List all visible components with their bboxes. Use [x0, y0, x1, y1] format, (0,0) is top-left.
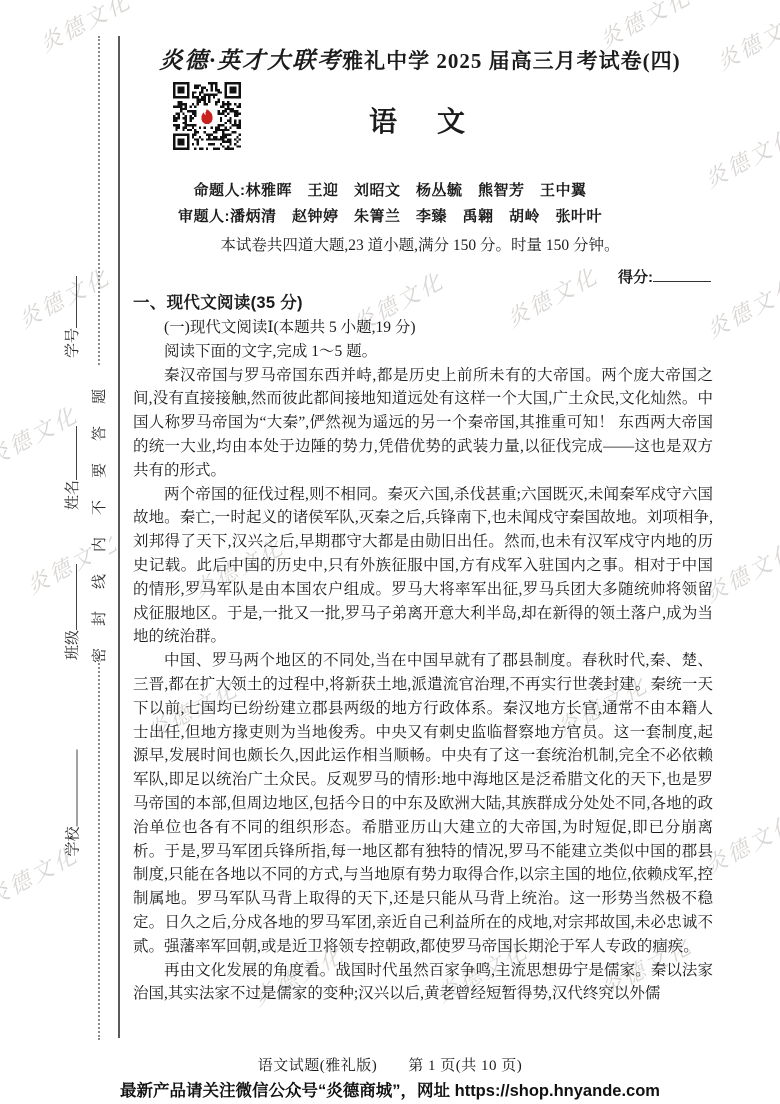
exam-brand: 炎德·英才大联考 [159, 48, 342, 73]
score-block: 得分: [618, 266, 711, 287]
exam-paper-page: { "header": { "title_series": "炎德·英才大联考"… [0, 0, 780, 1104]
school-label: 学校 [66, 826, 82, 856]
page-number-line: 语文试题(雅礼版) 第 1 页(共 10 页) [90, 1054, 690, 1075]
class-label: 班级 [65, 630, 81, 660]
promo-line: 最新产品请关注微信公众号“炎德商城”，网址 https://shop.hnyan… [0, 1077, 780, 1101]
school-blank [64, 749, 78, 826]
student-name-blank [63, 426, 77, 480]
setters-names: 林雅晖 王迎 刘昭文 杨丛毓 熊智芳 王中翼 [245, 182, 586, 199]
seal-warning-text: 密封线内不要答题 [90, 373, 110, 663]
exam-title-text: 雅礼中学 2025 届高三月考试卷(四) [342, 49, 681, 73]
reading-prompt: 阅读下面的文字,完成 1～5 题。 [133, 340, 713, 364]
main-content: 一、现代文阅读(35 分) (一)现代文阅读Ⅰ(本题共 5 小题,19 分) 阅… [133, 290, 713, 1006]
exam-title: 炎德·英才大联考雅礼中学 2025 届高三月考试卷(四) [120, 42, 720, 75]
score-label: 得分: [618, 269, 653, 286]
class-field: 班级 [63, 558, 83, 660]
passage-paragraph: 两个帝国的征伐过程,则不相同。秦灭六国,杀伐甚重;六国既灭,未闻秦军戍守六国故地… [133, 483, 713, 650]
reviewers-line: 审题人:潘炳清 赵钟婷 朱箐兰 李臻 禹翱 胡岭 张叶叶 [90, 205, 690, 226]
section-subheading: (一)现代文阅读Ⅰ(本题共 5 小题,19 分) [133, 316, 713, 340]
school-field: 学校 [64, 744, 84, 857]
passage-paragraph: 再由文化发展的角度看。战国时代虽然百家争鸣,主流思想毋宁是儒家。秦以法家治国,其… [133, 959, 713, 1007]
reviewers-label: 审题人: [178, 208, 230, 225]
passage-paragraph: 中国、罗马两个地区的不同处,当在中国早就有了郡县制度。春秋时代,秦、楚、三晋,都… [133, 649, 713, 958]
exam-instructions: 本试卷共四道大题,23 道小题,满分 150 分。时量 150 分钟。 [120, 233, 720, 255]
student-id-label: 学号 [65, 328, 81, 358]
subject-title: 语 文 [120, 100, 720, 140]
student-id-blank [63, 276, 77, 328]
student-id-field: 学号 [63, 270, 83, 358]
passage-paragraph: 秦汉帝国与罗马帝国东西并峙,都是历史上前所未有的大帝国。两个庞大帝国之间,没有直… [133, 364, 713, 483]
setters-line: 命题人:林雅晖 王迎 刘昭文 杨丛毓 熊智芳 王中翼 [90, 179, 690, 200]
setters-label: 命题人: [193, 182, 245, 199]
student-name-field: 姓名 [63, 420, 83, 510]
watermark-text: 炎德文化 [711, 2, 780, 76]
score-blank [653, 267, 711, 282]
student-name-label: 姓名 [65, 480, 81, 510]
class-blank [63, 564, 77, 630]
reviewers-names: 潘炳清 赵钟婷 朱箐兰 李臻 禹翱 胡岭 张叶叶 [230, 208, 602, 225]
section-heading: 一、现代文阅读(35 分) [133, 290, 713, 316]
